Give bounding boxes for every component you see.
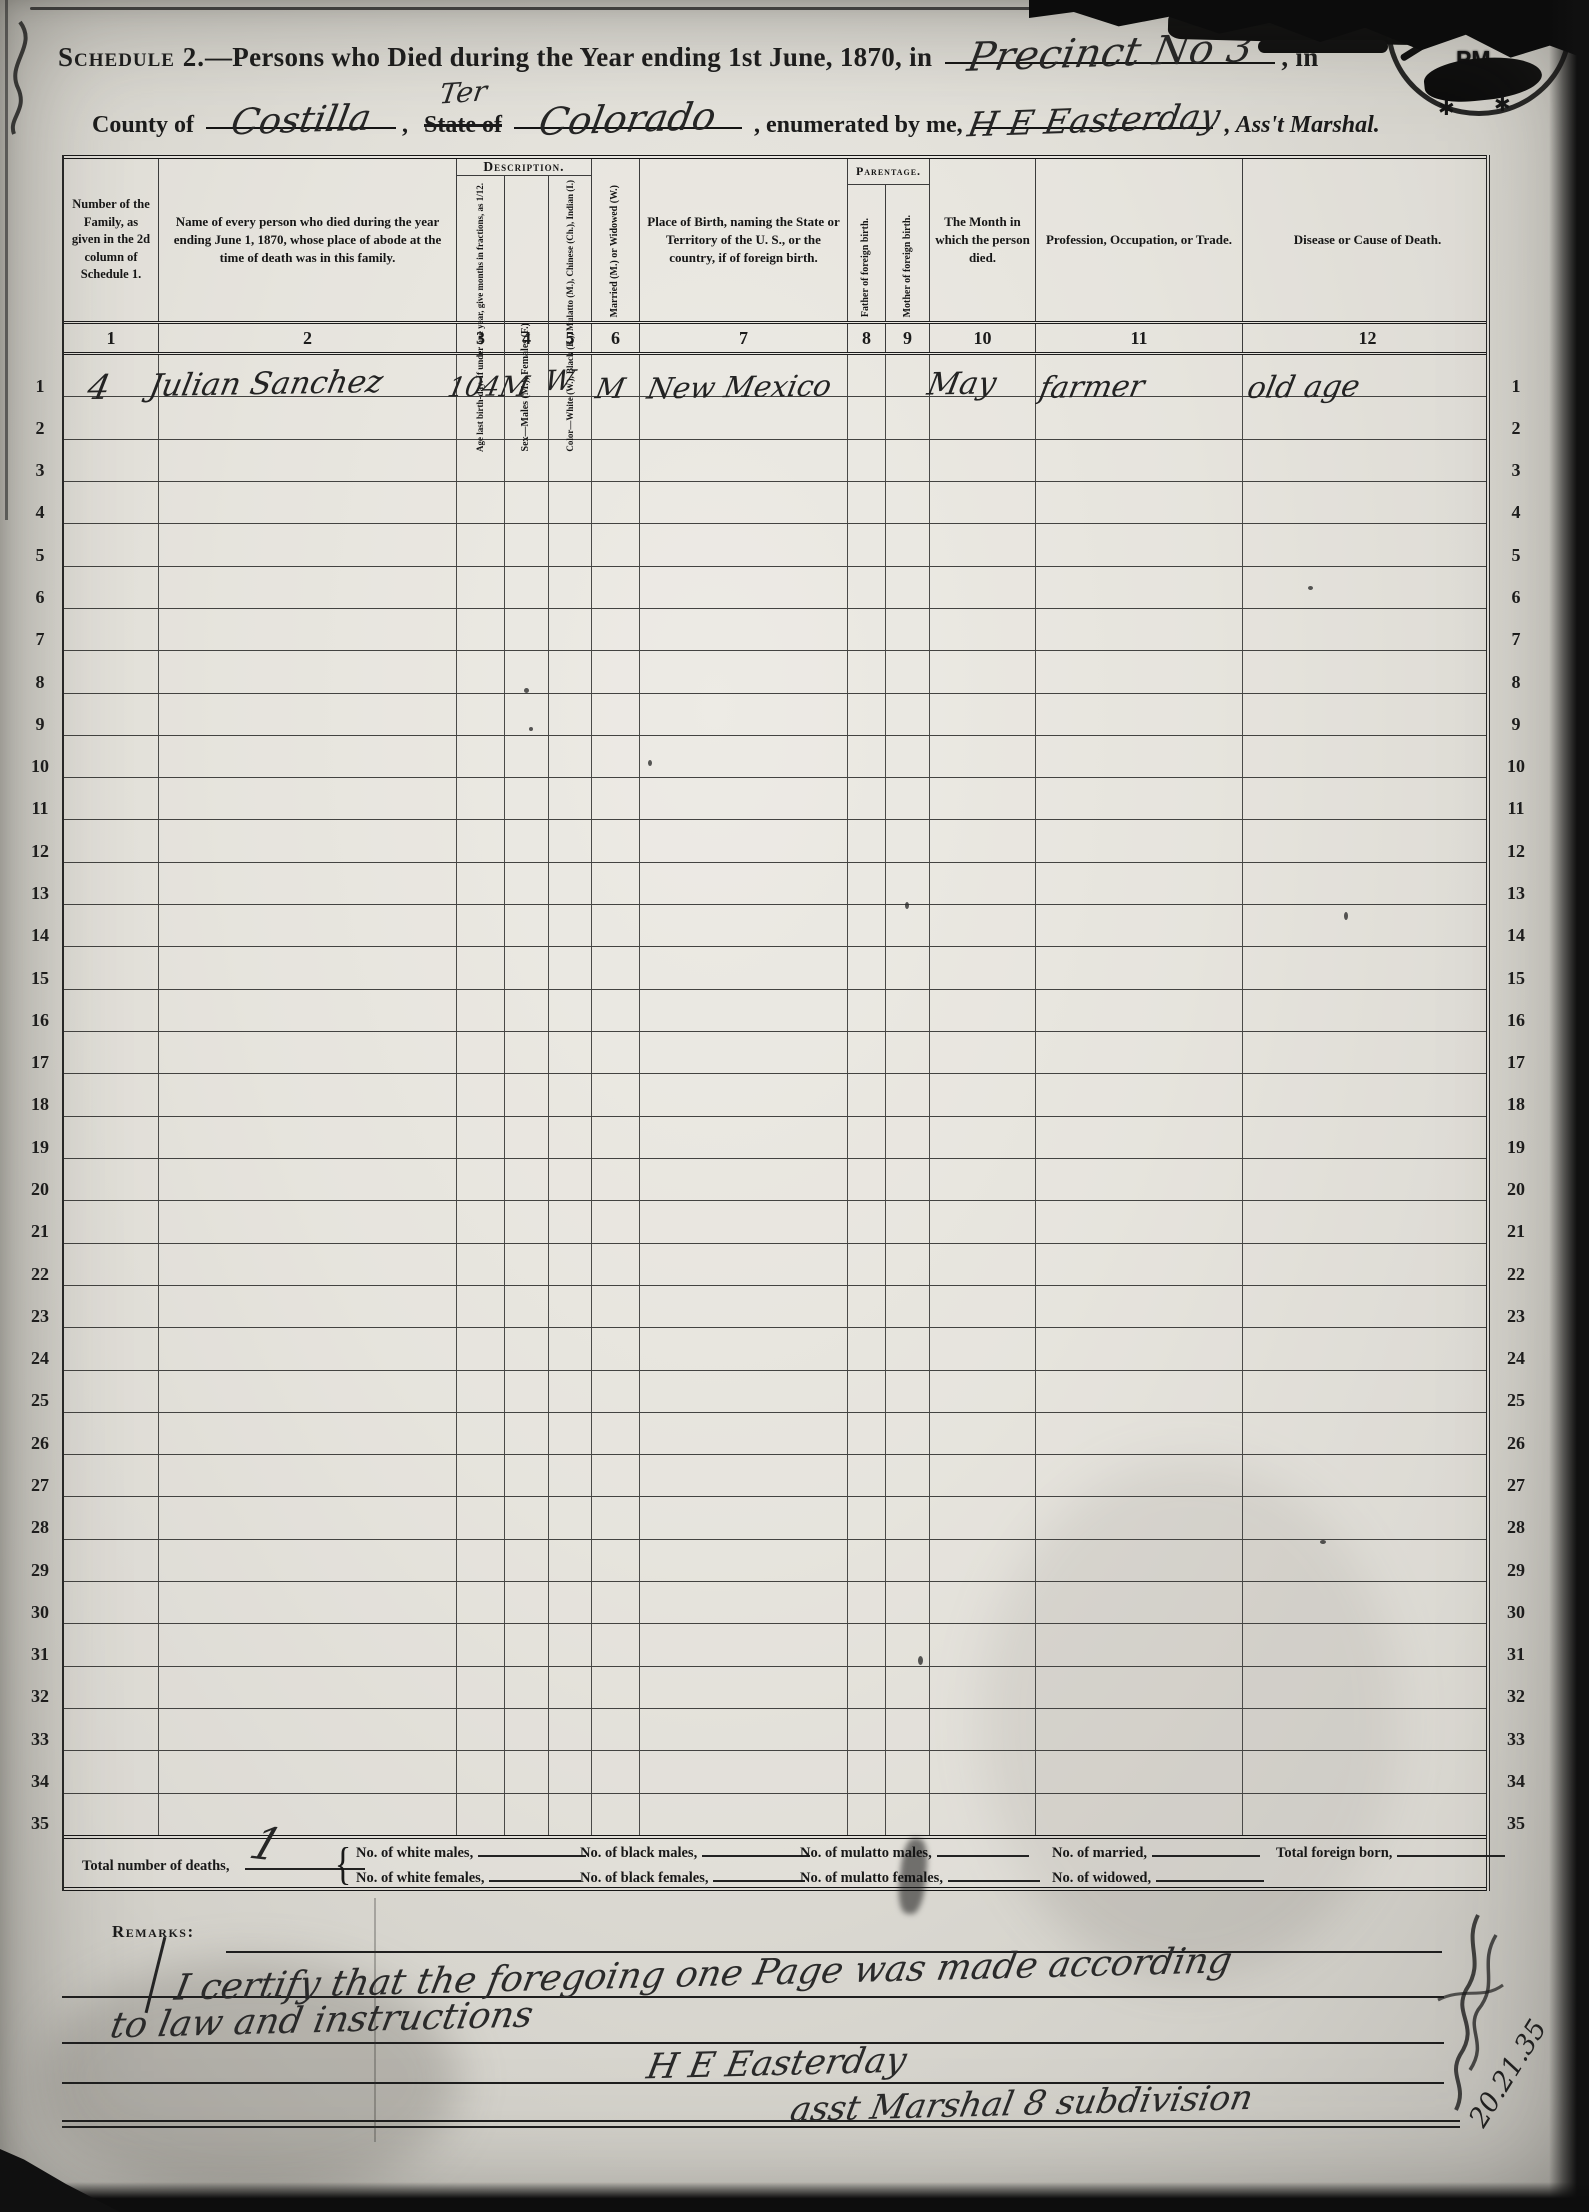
table-cell bbox=[592, 1244, 640, 1285]
table-cell bbox=[930, 1667, 1036, 1708]
table-header: Number of the Family, as given in the 2d… bbox=[64, 155, 1486, 321]
table-cell bbox=[1243, 1244, 1492, 1285]
table-cell bbox=[549, 947, 592, 988]
table-cell bbox=[848, 1455, 886, 1496]
table-row bbox=[64, 1286, 1486, 1328]
table-cell bbox=[886, 609, 930, 650]
row-number: 32 bbox=[24, 1676, 56, 1718]
table-cell bbox=[457, 947, 505, 988]
table-cell bbox=[640, 1328, 848, 1369]
table-cell bbox=[848, 1201, 886, 1242]
table-cell bbox=[159, 1582, 457, 1623]
table-row bbox=[64, 736, 1486, 778]
table-row bbox=[64, 905, 1486, 947]
county-handwriting: Costilla bbox=[228, 98, 374, 144]
table-cell bbox=[1036, 1413, 1243, 1454]
table-cell bbox=[640, 1455, 848, 1496]
table-cell bbox=[592, 1624, 640, 1665]
table-cell bbox=[549, 482, 592, 523]
table-cell bbox=[457, 778, 505, 819]
table-cell bbox=[159, 1244, 457, 1285]
table-cell bbox=[930, 1709, 1036, 1750]
table-cell bbox=[1243, 1540, 1492, 1581]
ink-speck bbox=[1344, 912, 1348, 920]
table-cell bbox=[457, 990, 505, 1031]
table-cell bbox=[457, 1624, 505, 1665]
table-cell bbox=[64, 609, 159, 650]
table-row bbox=[64, 694, 1486, 736]
table-cell bbox=[64, 524, 159, 565]
table-cell bbox=[848, 397, 886, 438]
ink-smear bbox=[1258, 40, 1388, 53]
remarks-rule bbox=[62, 2120, 1460, 2122]
table-cell bbox=[640, 1413, 848, 1454]
table-cell bbox=[640, 1751, 848, 1792]
form-subtitle-line: County of Costilla, State ofTer Colorado… bbox=[92, 99, 1380, 139]
table-cell bbox=[1243, 1751, 1492, 1792]
table-cell bbox=[930, 1582, 1036, 1623]
state-label-wrap: State ofTer bbox=[424, 112, 502, 138]
table-cell bbox=[505, 1709, 549, 1750]
table-cell bbox=[886, 1497, 930, 1538]
table-cell bbox=[640, 778, 848, 819]
table-cell bbox=[457, 1032, 505, 1073]
row-number: 8 bbox=[1500, 661, 1532, 703]
table-row bbox=[64, 820, 1486, 862]
table-cell bbox=[64, 567, 159, 608]
row-number: 24 bbox=[24, 1337, 56, 1379]
table-cell bbox=[64, 1497, 159, 1538]
table-cell bbox=[1036, 1455, 1243, 1496]
table-cell bbox=[505, 820, 549, 861]
table-cell bbox=[549, 1286, 592, 1327]
table-row bbox=[64, 1497, 1486, 1539]
scan-edge-right bbox=[1549, 0, 1589, 2212]
table-cell bbox=[848, 905, 886, 946]
table-cell bbox=[1036, 397, 1243, 438]
table-cell bbox=[1036, 1159, 1243, 1200]
row-number: 35 bbox=[1500, 1803, 1532, 1845]
table-row bbox=[64, 609, 1486, 651]
black-males-label: No. of black males, bbox=[580, 1845, 810, 1862]
table-cell bbox=[1036, 1032, 1243, 1073]
table-cell bbox=[886, 651, 930, 692]
table-cell bbox=[592, 863, 640, 904]
table-cell bbox=[930, 990, 1036, 1031]
table-cell bbox=[848, 482, 886, 523]
table-cell bbox=[159, 1540, 457, 1581]
table-cell bbox=[1243, 820, 1492, 861]
table-cell bbox=[1036, 440, 1243, 481]
table-cell bbox=[886, 1624, 930, 1665]
table-row bbox=[64, 397, 1486, 439]
table-cell bbox=[1036, 1540, 1243, 1581]
marginalia-scrawl bbox=[1408, 1905, 1518, 2120]
table-cell bbox=[886, 736, 930, 777]
table-cell bbox=[457, 482, 505, 523]
table-cell bbox=[64, 1371, 159, 1412]
totals-strip: Total number of deaths, 1 { No. of white… bbox=[64, 1835, 1486, 1891]
table-cell bbox=[64, 736, 159, 777]
table-cell bbox=[930, 1794, 1036, 1835]
table-cell bbox=[505, 863, 549, 904]
table-cell bbox=[159, 820, 457, 861]
table-cell bbox=[549, 1159, 592, 1200]
table-cell bbox=[592, 1032, 640, 1073]
table-cell bbox=[1243, 1328, 1492, 1369]
table-cell bbox=[64, 1286, 159, 1327]
table-cell bbox=[549, 651, 592, 692]
table-cell bbox=[592, 1413, 640, 1454]
table-cell bbox=[505, 1032, 549, 1073]
table-cell bbox=[159, 905, 457, 946]
row-number: 28 bbox=[24, 1507, 56, 1549]
gutter-right: 1234567891011121314151617181920212223242… bbox=[1500, 365, 1532, 1845]
table-cell bbox=[1243, 1286, 1492, 1327]
row-number: 20 bbox=[24, 1168, 56, 1210]
table-cell bbox=[1243, 651, 1492, 692]
row-number: 28 bbox=[1500, 1507, 1532, 1549]
table-cell bbox=[930, 1371, 1036, 1412]
remarks-label: Remarks: bbox=[112, 1922, 195, 1942]
table-cell bbox=[848, 736, 886, 777]
table-cell bbox=[930, 397, 1036, 438]
table-cell bbox=[1243, 863, 1492, 904]
table-cell bbox=[549, 1751, 592, 1792]
table-cell bbox=[159, 1413, 457, 1454]
row-number: 16 bbox=[24, 999, 56, 1041]
table-cell bbox=[549, 905, 592, 946]
col-header-month-died: The Month in which the person died. bbox=[930, 159, 1036, 321]
table-cell bbox=[457, 905, 505, 946]
row-number: 21 bbox=[24, 1211, 56, 1253]
table-cell bbox=[159, 1751, 457, 1792]
table-cell bbox=[457, 1582, 505, 1623]
table-cell bbox=[159, 863, 457, 904]
table-cell bbox=[505, 651, 549, 692]
table-cell bbox=[640, 905, 848, 946]
table-cell bbox=[640, 694, 848, 735]
table-cell bbox=[505, 1624, 549, 1665]
table-cell bbox=[640, 355, 848, 396]
table-cell bbox=[159, 990, 457, 1031]
table-cell bbox=[886, 863, 930, 904]
row-number: 7 bbox=[24, 619, 56, 661]
table-cell bbox=[848, 524, 886, 565]
table-cell bbox=[1243, 1667, 1492, 1708]
table-cell bbox=[159, 1497, 457, 1538]
table-cell bbox=[1036, 1497, 1243, 1538]
table-cell bbox=[505, 1582, 549, 1623]
table-cell bbox=[592, 1286, 640, 1327]
table-cell bbox=[159, 947, 457, 988]
table-cell bbox=[886, 1667, 930, 1708]
table-cell bbox=[592, 1455, 640, 1496]
enumerated-label: , enumerated by me, bbox=[754, 112, 963, 138]
row-number: 27 bbox=[1500, 1464, 1532, 1506]
table-cell bbox=[549, 1074, 592, 1115]
table-cell bbox=[1243, 1159, 1492, 1200]
row-number: 34 bbox=[24, 1760, 56, 1802]
table-cell bbox=[457, 1794, 505, 1835]
table-cell bbox=[549, 694, 592, 735]
row-number: 3 bbox=[1500, 450, 1532, 492]
table-cell bbox=[930, 1497, 1036, 1538]
table-cell bbox=[886, 1328, 930, 1369]
table-cell bbox=[848, 440, 886, 481]
table-cell bbox=[1036, 694, 1243, 735]
table-cell bbox=[930, 482, 1036, 523]
table-cell bbox=[64, 482, 159, 523]
table-cell bbox=[64, 1159, 159, 1200]
row-number: 13 bbox=[24, 872, 56, 914]
table-cell bbox=[1036, 567, 1243, 608]
table-row bbox=[64, 1328, 1486, 1370]
table-row bbox=[64, 1413, 1486, 1455]
table-cell bbox=[848, 355, 886, 396]
table-cell bbox=[1243, 990, 1492, 1031]
table-cell bbox=[886, 567, 930, 608]
table-row bbox=[64, 1159, 1486, 1201]
table-cell bbox=[640, 397, 848, 438]
table-cell bbox=[930, 524, 1036, 565]
table-cell bbox=[930, 651, 1036, 692]
married-label: No. of married, bbox=[1052, 1845, 1260, 1862]
table-cell bbox=[505, 947, 549, 988]
table-cell bbox=[640, 1032, 848, 1073]
table-cell bbox=[930, 440, 1036, 481]
table-cell bbox=[64, 1074, 159, 1115]
table-cell bbox=[159, 1074, 457, 1115]
table-cell bbox=[640, 1371, 848, 1412]
table-cell bbox=[640, 863, 848, 904]
table-row bbox=[64, 947, 1486, 989]
table-row bbox=[64, 524, 1486, 566]
table-cell bbox=[848, 820, 886, 861]
table-cell bbox=[505, 1540, 549, 1581]
widowed-label: No. of widowed, bbox=[1052, 1870, 1264, 1887]
row-number: 31 bbox=[1500, 1633, 1532, 1675]
table-cell bbox=[592, 694, 640, 735]
table-cell bbox=[886, 694, 930, 735]
table-cell bbox=[1243, 778, 1492, 819]
table-cell bbox=[1243, 1455, 1492, 1496]
table-cell bbox=[640, 1074, 848, 1115]
table-cell bbox=[64, 440, 159, 481]
table-cell bbox=[64, 1413, 159, 1454]
table-cell bbox=[640, 1540, 848, 1581]
row-number: 34 bbox=[1500, 1760, 1532, 1802]
table-cell bbox=[640, 651, 848, 692]
row-number: 22 bbox=[1500, 1253, 1532, 1295]
row-number: 29 bbox=[24, 1549, 56, 1591]
table-row bbox=[64, 1244, 1486, 1286]
table-cell bbox=[64, 1667, 159, 1708]
table-cell bbox=[930, 820, 1036, 861]
table-cell bbox=[1243, 694, 1492, 735]
row-number: 3 bbox=[24, 450, 56, 492]
table-cell bbox=[549, 609, 592, 650]
table-cell bbox=[848, 694, 886, 735]
table-cell bbox=[886, 778, 930, 819]
pen-stroke bbox=[145, 1937, 167, 2013]
table-cell bbox=[592, 440, 640, 481]
table-cell bbox=[640, 567, 848, 608]
column-number: 11 bbox=[1036, 324, 1243, 352]
ink-speck bbox=[1308, 586, 1313, 590]
table-cell bbox=[592, 990, 640, 1031]
table-cell bbox=[457, 1201, 505, 1242]
row-number: 23 bbox=[24, 1295, 56, 1337]
table-cell bbox=[1243, 1074, 1492, 1115]
row-number: 8 bbox=[24, 661, 56, 703]
table-cell bbox=[1243, 1413, 1492, 1454]
table-cell bbox=[848, 1794, 886, 1835]
table-cell bbox=[930, 1624, 1036, 1665]
table-cell bbox=[1036, 990, 1243, 1031]
table-cell bbox=[64, 947, 159, 988]
table-cell bbox=[930, 1455, 1036, 1496]
table-cell bbox=[640, 1709, 848, 1750]
table-cell bbox=[848, 1074, 886, 1115]
column-number: 2 bbox=[159, 324, 457, 352]
column-number: 8 bbox=[848, 324, 886, 352]
table-cell bbox=[848, 1371, 886, 1412]
table-cell bbox=[930, 947, 1036, 988]
scan-corner-bottom-left bbox=[0, 2142, 120, 2212]
col-header-name: Name of every person who died during the… bbox=[159, 159, 457, 321]
table-cell bbox=[64, 1794, 159, 1835]
table-cell bbox=[457, 1497, 505, 1538]
table-cell bbox=[159, 1667, 457, 1708]
table-cell bbox=[886, 1751, 930, 1792]
table-cell bbox=[505, 1371, 549, 1412]
table-cell bbox=[549, 1244, 592, 1285]
table-cell bbox=[457, 1455, 505, 1496]
table-cell bbox=[549, 1497, 592, 1538]
white-females-label: No. of white females, bbox=[356, 1870, 581, 1887]
postmark-stamp: NOV PM ✱ ✱ bbox=[1372, 0, 1587, 150]
row-number: 26 bbox=[1500, 1422, 1532, 1464]
table-cell bbox=[457, 1328, 505, 1369]
table-cell bbox=[848, 1751, 886, 1792]
enumerator-handwriting: H E Easterday bbox=[964, 97, 1223, 146]
table-cell bbox=[1036, 609, 1243, 650]
table-cell bbox=[640, 1201, 848, 1242]
table-cell bbox=[1243, 947, 1492, 988]
table-cell bbox=[505, 1201, 549, 1242]
table-cell bbox=[549, 1413, 592, 1454]
table-cell bbox=[1036, 736, 1243, 777]
table-cell bbox=[930, 1074, 1036, 1115]
table-cell bbox=[640, 1244, 848, 1285]
row-number: 6 bbox=[24, 576, 56, 618]
row-number: 10 bbox=[1500, 746, 1532, 788]
table-cell bbox=[64, 863, 159, 904]
row-number: 18 bbox=[24, 1084, 56, 1126]
table-cell bbox=[886, 1582, 930, 1623]
table-cell bbox=[549, 1455, 592, 1496]
table-cell bbox=[1036, 778, 1243, 819]
table-cell bbox=[592, 778, 640, 819]
row-number: 17 bbox=[24, 1042, 56, 1084]
territory-correction: Ter bbox=[437, 74, 489, 110]
table-cell bbox=[592, 1667, 640, 1708]
table-cell bbox=[886, 1074, 930, 1115]
table-cell bbox=[457, 694, 505, 735]
table-cell bbox=[640, 947, 848, 988]
table-cell bbox=[457, 1709, 505, 1750]
table-row bbox=[64, 1117, 1486, 1159]
table-cell bbox=[848, 863, 886, 904]
table-cell bbox=[592, 1074, 640, 1115]
table-cell bbox=[159, 1159, 457, 1200]
row-number: 16 bbox=[1500, 999, 1532, 1041]
table-cell bbox=[457, 1751, 505, 1792]
table-cell bbox=[549, 736, 592, 777]
table-cell bbox=[505, 567, 549, 608]
table-cell bbox=[930, 1413, 1036, 1454]
table-cell bbox=[848, 1497, 886, 1538]
row-number: 2 bbox=[24, 407, 56, 449]
table-cell bbox=[505, 1159, 549, 1200]
table-cell bbox=[64, 820, 159, 861]
table-cell bbox=[1243, 397, 1492, 438]
table-cell bbox=[1036, 1244, 1243, 1285]
table-cell bbox=[1243, 482, 1492, 523]
table-cell bbox=[592, 1540, 640, 1581]
title-text: —Persons who Died during the Year ending… bbox=[205, 42, 932, 72]
table-cell bbox=[159, 397, 457, 438]
state-handwriting: Colorado bbox=[536, 94, 720, 144]
row-number: 21 bbox=[1500, 1211, 1532, 1253]
table-cell bbox=[930, 1117, 1036, 1158]
table-row bbox=[64, 1074, 1486, 1116]
table-cell bbox=[886, 905, 930, 946]
table-cell bbox=[592, 1159, 640, 1200]
table-cell bbox=[886, 482, 930, 523]
table-cell bbox=[505, 609, 549, 650]
table-cell bbox=[159, 1117, 457, 1158]
table-row bbox=[64, 1201, 1486, 1243]
table-cell bbox=[505, 694, 549, 735]
table-cell bbox=[592, 1497, 640, 1538]
row-number: 24 bbox=[1500, 1337, 1532, 1379]
row-number: 31 bbox=[24, 1633, 56, 1675]
description-group: Description. Age last birth-day. If unde… bbox=[457, 159, 592, 321]
table-cell bbox=[848, 990, 886, 1031]
table-cell bbox=[1243, 1201, 1492, 1242]
table-cell bbox=[640, 524, 848, 565]
table-cell bbox=[549, 1117, 592, 1158]
table-cell bbox=[549, 1032, 592, 1073]
table-cell bbox=[848, 1286, 886, 1327]
enumerator-field: H E Easterday bbox=[975, 99, 1213, 129]
table-cell bbox=[886, 1540, 930, 1581]
table-cell bbox=[159, 1709, 457, 1750]
table-cell bbox=[886, 990, 930, 1031]
table-cell bbox=[549, 567, 592, 608]
table-cell bbox=[505, 1117, 549, 1158]
table-cell bbox=[930, 355, 1036, 396]
table-cell bbox=[930, 1540, 1036, 1581]
table-cell bbox=[1243, 1117, 1492, 1158]
table-cell bbox=[1243, 1371, 1492, 1412]
table-cell bbox=[549, 1540, 592, 1581]
table-cell bbox=[457, 1413, 505, 1454]
table-cell bbox=[505, 1074, 549, 1115]
table-cell bbox=[886, 1371, 930, 1412]
